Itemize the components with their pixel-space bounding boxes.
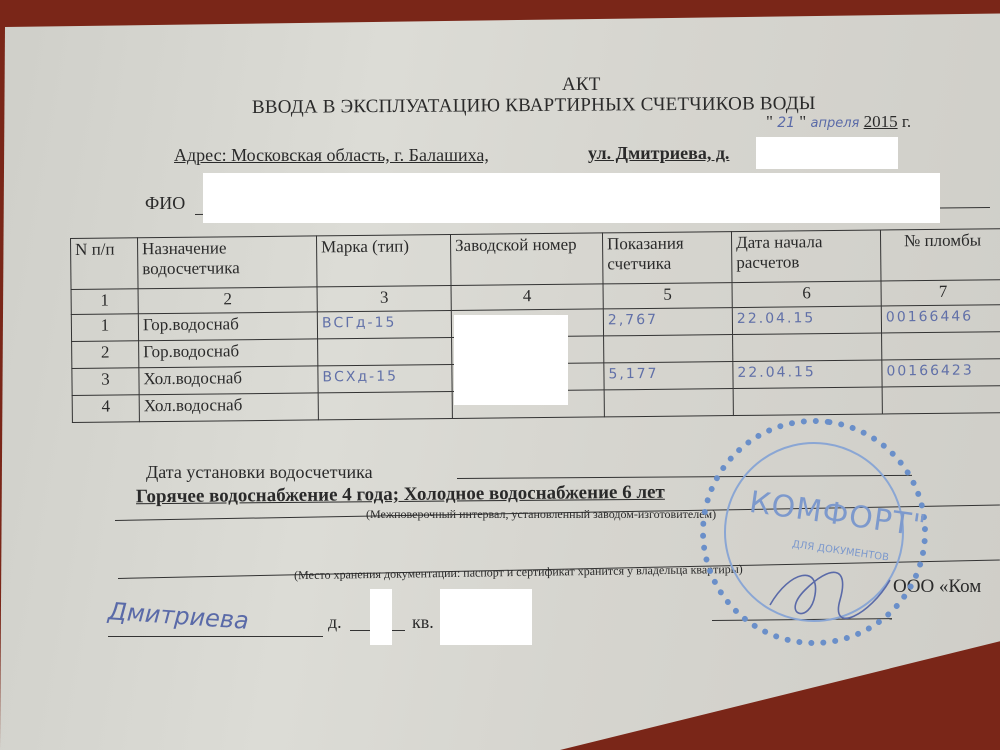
apt-label: кв. [412,612,434,633]
redacted-apartment [440,589,532,645]
redacted-house [370,589,392,645]
redacted-fio [203,173,940,223]
address-street: ул. Дмитриева, д. [588,143,729,164]
document-date: " 21 " апреля 2015 г. [766,112,911,132]
start-date-cell: 22.04.15 [733,360,882,389]
header-cell: Марка (тип) [316,235,451,287]
reading-cell: 5,177 [604,362,733,390]
house-label: д. [328,612,342,633]
header-cell: Заводской номер [450,233,603,286]
date-month: апреля [810,116,859,131]
date-year: 2015 [864,112,898,131]
reading-cell: 2,767 [603,308,732,336]
header-cell: N п/п [71,238,139,290]
signature-scribble-icon [760,560,900,620]
brand-cell: ВСГд-15 [317,311,451,339]
interval-caption: (Межповерочный интервал, установленный з… [366,507,716,522]
date-day: 21 [777,115,795,131]
interval-text: Горячее водоснабжение 4 года; Холодное в… [136,482,665,509]
document-heading: АКТ [562,74,601,96]
fio-label: ФИО [145,193,185,214]
seal-cell: 00166446 [881,305,1000,333]
seal-cell: 00166423 [882,359,1000,387]
header-cell: Назначение водосчетчика [138,236,318,289]
brand-cell: ВСХд-15 [318,365,452,393]
start-date-cell: 22.04.15 [732,306,881,335]
header-cell: Дата начала расчетов [731,230,881,283]
header-cell: № пломбы [880,229,1000,281]
address-label: Адрес: Московская область, г. Балашиха, [174,145,489,166]
header-cell: Показания счетчика [602,232,732,284]
document-subheading: ВВОДА В ЭКСПЛУАТАЦИЮ КВАРТИРНЫХ СЧЕТЧИКО… [252,93,816,119]
redacted-house-number [756,137,898,169]
signature-underline [108,636,323,637]
install-date-label: Дата установки водосчетчика [146,462,373,483]
redacted-serial-numbers [454,315,568,405]
